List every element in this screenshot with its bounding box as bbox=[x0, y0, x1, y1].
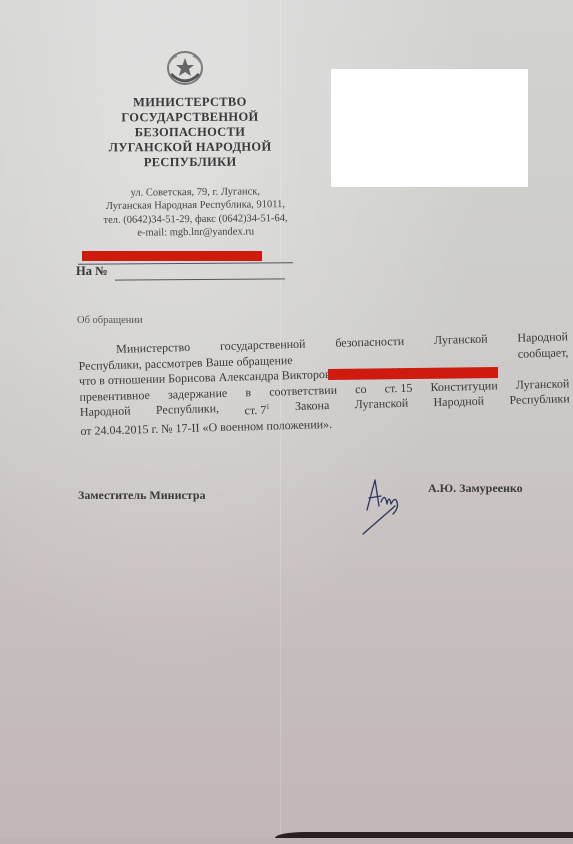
address-line: тел. (0642)34-51-29, факс (0642)34-51-64… bbox=[78, 211, 313, 227]
article-superscript: 1 bbox=[266, 403, 270, 411]
redaction-recipient-block bbox=[331, 69, 528, 187]
address-line: e-mail: mgb.lnr@yandex.ru bbox=[78, 225, 313, 241]
ministry-address: ул. Советская, 79, г. Луганск, Луганская… bbox=[78, 185, 314, 241]
redaction-applicant-name bbox=[328, 367, 498, 380]
coat-of-arms-star-icon bbox=[163, 48, 207, 88]
ministry-name: МИНИСТЕРСТВО ГОСУДАРСТВЕННОЙ БЕЗОПАСНОСТ… bbox=[100, 95, 280, 171]
document-page: МИНИСТЕРСТВО ГОСУДАРСТВЕННОЙ БЕЗОПАСНОСТ… bbox=[0, 0, 573, 838]
signer-title: Заместитель Министра bbox=[78, 488, 206, 503]
redaction-outgoing-number bbox=[82, 251, 262, 261]
signer-name: А.Ю. Замуреенко bbox=[428, 481, 523, 496]
ministry-name-line: РЕСПУБЛИКИ bbox=[100, 155, 280, 171]
ministry-name-line: ЛУГАНСКОЙ НАРОДНОЙ bbox=[100, 140, 280, 156]
reference-number-underline bbox=[115, 278, 285, 280]
letter-body: Министерство государственной безопасност… bbox=[78, 329, 570, 439]
ministry-name-line: МИНИСТЕРСТВО bbox=[100, 95, 280, 111]
reference-number-label: На № bbox=[76, 264, 108, 279]
handwritten-signature-icon bbox=[355, 472, 420, 538]
letter-subject: Об обращении bbox=[77, 315, 143, 326]
ministry-name-line: БЕЗОПАСНОСТИ bbox=[100, 125, 280, 141]
outgoing-number-underline bbox=[78, 262, 293, 265]
ministry-name-line: ГОСУДАРСТВЕННОЙ bbox=[100, 110, 280, 126]
table-surface bbox=[275, 832, 573, 838]
